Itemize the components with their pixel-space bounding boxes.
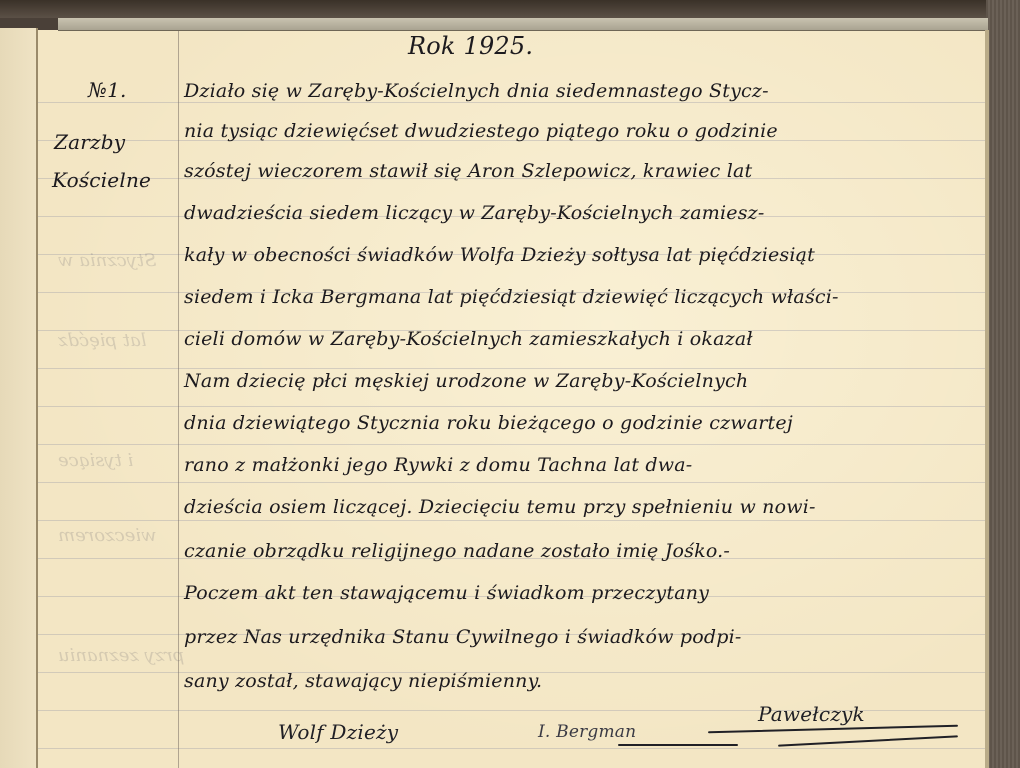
- bleed-through-ink: i tysiące: [58, 450, 133, 471]
- record-line: cieli domów w Zaręby-Kościelnych zamiesz…: [184, 328, 753, 350]
- bleed-through-ink: lat pięćdz: [58, 330, 146, 351]
- record-line: dwadzieścia siedem liczący w Zaręby-Kośc…: [184, 202, 765, 224]
- record-line: sany został, stawający niepiśmienny.: [184, 670, 542, 692]
- signature-flourish: [708, 725, 958, 734]
- signature-witness-2: I. Bergman: [538, 722, 636, 742]
- entry-number: №1.: [88, 78, 127, 102]
- record-line: rano z małżonki jego Rywki z domu Tachna…: [184, 454, 692, 476]
- record-line: szóstej wieczorem stawił się Aron Szlepo…: [184, 160, 752, 182]
- ruled-line: [38, 520, 988, 521]
- bleed-through-ink: przy zeznaniu: [58, 645, 184, 666]
- bleed-through-ink: Stycznia w: [58, 250, 157, 271]
- page-right-edge: [985, 30, 989, 768]
- record-line: kały w obecności świadków Wolfa Dzieży s…: [184, 244, 815, 266]
- bleed-through-ink: wieczorem: [58, 525, 157, 546]
- signature-flourish: [618, 744, 738, 746]
- ruled-line: [38, 444, 988, 445]
- ruled-line: [38, 482, 988, 483]
- record-line: dnia dziewiątego Stycznia roku bieżącego…: [184, 412, 793, 434]
- record-line: przez Nas urzędnika Stanu Cywilnego i św…: [184, 626, 742, 648]
- record-year: Rok 1925.: [408, 32, 533, 60]
- left-page-edge: [0, 28, 38, 768]
- signature-official: Pawełczyk: [758, 702, 865, 726]
- book-binding-top: [0, 0, 1020, 18]
- record-line: siedem i Icka Bergmana lat pięćdziesiąt …: [184, 286, 839, 308]
- page-top-edge: [58, 18, 988, 31]
- record-line: Nam dziecię płci męskiej urodzone w Zarę…: [184, 370, 748, 392]
- signature-flourish: [778, 735, 958, 746]
- margin-place-line-2: Kościelne: [52, 168, 151, 192]
- record-line: nia tysiąc dziewięćset dwudziestego piąt…: [184, 120, 778, 142]
- ruled-line: [38, 102, 988, 103]
- ruled-line: [38, 368, 988, 369]
- record-line: czanie obrządku religijnego nadane zosta…: [184, 540, 730, 562]
- ruled-line: [38, 406, 988, 407]
- record-line: Działo się w Zaręby-Kościelnych dnia sie…: [184, 80, 769, 102]
- signature-witness-1: Wolf Dzieży: [278, 720, 398, 744]
- register-page: Stycznia w lat pięćdz i tysiące wieczore…: [38, 30, 988, 768]
- margin-place-line-1: Zarzby: [54, 130, 125, 154]
- ruled-line: [38, 748, 988, 749]
- book-cover-right: [986, 0, 1020, 768]
- record-line: dzieścia osiem liczącej. Dziecięciu temu…: [184, 496, 816, 518]
- record-line: Poczem akt ten stawającemu i świadkom pr…: [184, 582, 709, 604]
